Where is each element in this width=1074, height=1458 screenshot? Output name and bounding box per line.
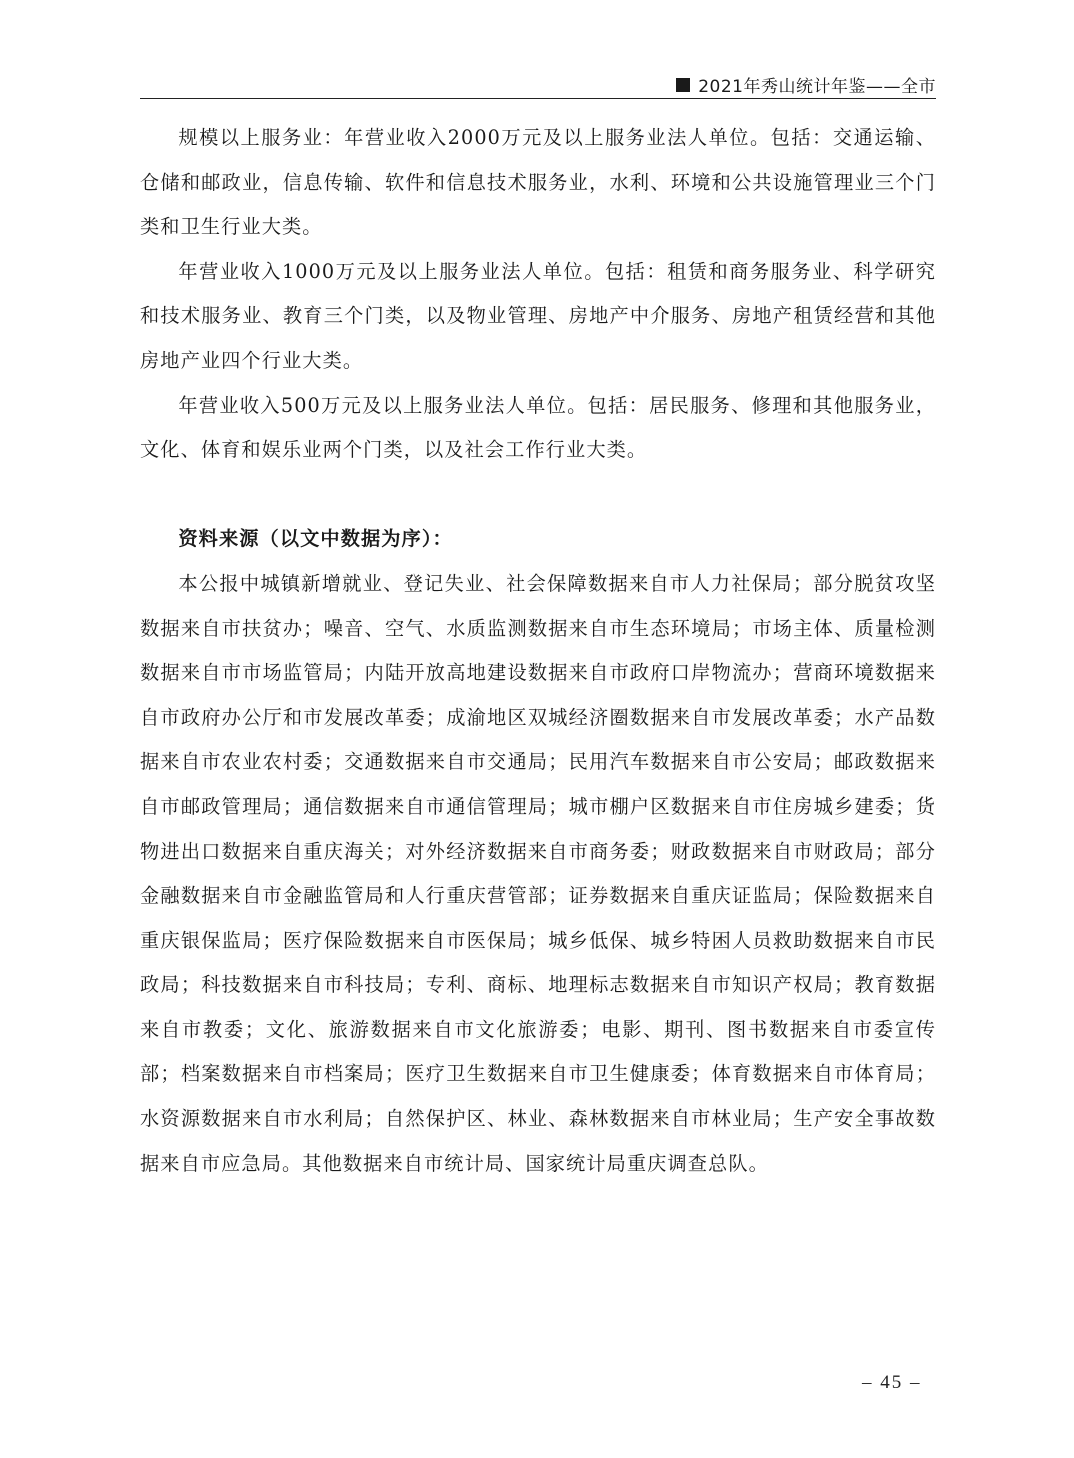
running-header: 2021年秀山统计年鉴——全市 bbox=[140, 68, 936, 99]
sources-heading: 资料来源（以文中数据为序）： bbox=[140, 517, 936, 562]
page-body: 规模以上服务业：年营业收入2000万元及以上服务业法人单位。包括：交通运输、仓储… bbox=[140, 116, 936, 1186]
paragraph-services-2000: 规模以上服务业：年营业收入2000万元及以上服务业法人单位。包括：交通运输、仓储… bbox=[140, 116, 936, 250]
header-title-group: 2021年秀山统计年鉴——全市 bbox=[676, 72, 936, 97]
black-square-icon bbox=[676, 78, 690, 92]
page-number: – 45 – bbox=[862, 1372, 922, 1394]
paragraph-services-1000: 年营业收入1000万元及以上服务业法人单位。包括：租赁和商务服务业、科学研究和技… bbox=[140, 250, 936, 384]
sources-paragraph: 本公报中城镇新增就业、登记失业、社会保障数据来自市人力社保局；部分脱贫攻坚数据来… bbox=[140, 562, 936, 1186]
paragraph-services-500: 年营业收入500万元及以上服务业法人单位。包括：居民服务、修理和其他服务业，文化… bbox=[140, 384, 936, 473]
header-title: 2021年秀山统计年鉴——全市 bbox=[698, 72, 936, 97]
